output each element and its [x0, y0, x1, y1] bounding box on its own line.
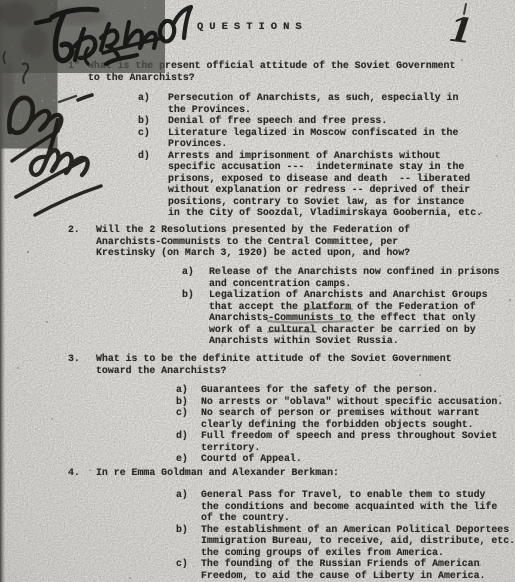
item-text: Full freedom of speech and press through… — [201, 430, 497, 453]
question-number: 1" — [68, 60, 88, 83]
item-text: Literature legalized in Moscow confiscat… — [168, 127, 458, 150]
item-text: Arrests and imprisonment of Anarchists w… — [168, 150, 482, 219]
item-text: General Pass for Travel, to enable them … — [201, 489, 497, 524]
question-3-heading: 3. What is to be the definite attitude o… — [68, 353, 452, 376]
list-item: b) Legalization of Anarchists and Anarch… — [182, 289, 499, 347]
item-text: No search of person or premises without … — [201, 407, 480, 430]
question-number: 4. — [68, 467, 96, 479]
item-letter: a) — [138, 92, 168, 115]
item-text: Denial of free speech and free press. — [168, 115, 387, 127]
list-item: a) Release of the Anarchists now confine… — [182, 266, 499, 289]
question-4-heading: 4. In re Emma Goldman and Alexander Berk… — [68, 467, 339, 479]
item-text: The founding of the Russian Friends of A… — [201, 558, 485, 581]
item-text: Release of the Anarchists now confined i… — [209, 266, 499, 289]
handwritten-scrawl-top — [36, 7, 191, 64]
ink-marks — [4, 4, 467, 102]
list-item: b) No arrests or "oblava" without specif… — [176, 396, 503, 408]
handwritten-scrawl-margin — [9, 95, 101, 215]
list-item: b) Denial of free speech and free press. — [138, 115, 482, 127]
scan-edge-shadow — [0, 0, 5, 582]
item-letter: b) — [176, 396, 201, 408]
question-3-items: a) Guarantees for the safety of the pers… — [176, 384, 503, 465]
list-item: a) Persecution of Anarchists, as such, e… — [138, 92, 482, 115]
scanned-document-page: QUESTIONS 1" What is the present officia… — [0, 0, 515, 582]
question-2-heading: 2. Will the 2 Resolutions presented by t… — [68, 224, 410, 259]
question-1-items: a) Persecution of Anarchists, as such, e… — [138, 92, 482, 219]
question-text: In re Emma Goldman and Alexander Berkman… — [96, 467, 339, 479]
question-text: What is the present official attitude of… — [88, 60, 455, 83]
item-letter: c) — [176, 407, 201, 430]
list-item: e) Courtd of Appeal. — [176, 453, 503, 465]
list-item: c) No search of person or premises witho… — [176, 407, 503, 430]
question-1-heading: 1" What is the present official attitude… — [68, 60, 455, 83]
item-letter: b) — [182, 289, 209, 347]
item-letter: c) — [176, 558, 201, 581]
item-text: Legalization of Anarchists and Anarchist… — [209, 289, 488, 347]
item-text: Guarantees for the safety of the person. — [201, 384, 438, 396]
item-letter: d) — [176, 430, 201, 453]
list-item: d) Arrests and imprisonment of Anarchist… — [138, 150, 482, 219]
question-number: 2. — [68, 224, 96, 259]
list-item: d) Full freedom of speech and press thro… — [176, 430, 503, 453]
list-item: c) The founding of the Russian Friends o… — [176, 558, 515, 581]
item-text: No arrests or "oblava" without specific … — [201, 396, 503, 408]
item-letter: b) — [138, 115, 168, 127]
item-text: The establishment of an American Politic… — [201, 524, 515, 559]
handwritten-page-number: 1 — [447, 13, 475, 50]
item-letter: a) — [182, 266, 209, 289]
question-text: Will the 2 Resolutions presented by the … — [96, 224, 410, 259]
list-item: a) General Pass for Travel, to enable th… — [176, 489, 515, 524]
item-letter: d) — [138, 150, 168, 219]
item-text: Courtd of Appeal. — [201, 453, 302, 465]
list-item: a) Guarantees for the safety of the pers… — [176, 384, 503, 396]
item-text: Persecution of Anarchists, as such, espe… — [168, 92, 458, 115]
list-item: b) The establishment of an American Poli… — [176, 524, 515, 559]
item-letter: b) — [176, 524, 201, 559]
item-letter: e) — [176, 453, 201, 465]
document-title: QUESTIONS — [197, 22, 308, 34]
list-item: c) Literature legalized in Moscow confis… — [138, 127, 482, 150]
item-letter: c) — [138, 127, 168, 150]
item-letter: a) — [176, 384, 201, 396]
item-letter: a) — [176, 489, 201, 524]
question-2-items: a) Release of the Anarchists now confine… — [182, 266, 499, 347]
question-text: What is to be the definite attitude of t… — [96, 353, 452, 376]
question-number: 3. — [68, 353, 96, 376]
question-4-items: a) General Pass for Travel, to enable th… — [176, 489, 515, 581]
